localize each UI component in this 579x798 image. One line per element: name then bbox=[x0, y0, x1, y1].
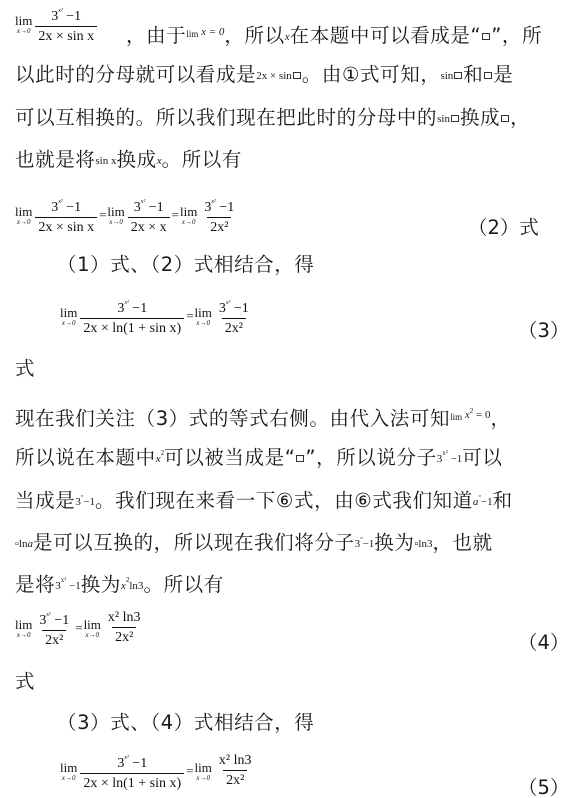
text-line-13: （3）式、（4）式相结合，得 bbox=[57, 711, 314, 735]
equation-tag-3: （3） bbox=[518, 315, 569, 343]
limit-operator: lim x→0 bbox=[15, 14, 32, 35]
placeholder-box bbox=[482, 33, 490, 40]
text-line-3: 可以互相换的。所以我们现在把此时的分母中的sin换成， bbox=[15, 106, 530, 131]
text-line-7: 现在我们关注（3）式的等式右侧。由代入法可知lim x2 = 0， bbox=[15, 399, 511, 432]
text-line-6: 式 bbox=[15, 357, 35, 381]
equation-tag-2: （2）式 bbox=[468, 212, 539, 240]
text-line-8: 所以说在本题中x2可以被当成是“”，所以说分子3x² −1可以 bbox=[15, 441, 503, 471]
equation-tag-5: （5） bbox=[518, 772, 569, 798]
equation-1-lead: lim x→0 3x² −1 2x × sin x bbox=[15, 3, 98, 45]
text-line-11: 是将3x² −1换为x2ln3。所以有 bbox=[15, 568, 224, 598]
equation-tag-4: （4） bbox=[518, 627, 569, 655]
placeholder-box bbox=[296, 455, 304, 462]
equation-2: limx→0 3x² −1 2x × sin x = limx→0 3x² −1… bbox=[15, 194, 239, 236]
equation-4: limx→0 3x² −1 2x² = limx→0 x² ln3 2x² bbox=[15, 607, 146, 649]
text-line-9: 当成是3▫−1。我们现在来看一下⑥式，由⑥式我们知道a▫−1和 bbox=[15, 484, 513, 514]
text-line-2: 以此时的分母就可以看成是2x × sin。由①式可知，sin和是 bbox=[15, 63, 514, 88]
placeholder-box bbox=[454, 72, 462, 79]
equation-3: limx→0 3x² −1 2x × ln(1 + sin x) = limx→… bbox=[60, 295, 254, 337]
text-line-10: ▫lna是可以互换的，所以现在我们将分子3▫−1换为▫ln3，也就 bbox=[15, 526, 493, 556]
inline-limit: lim x = 0 bbox=[186, 31, 224, 43]
text-line-5: （1）式、（2）式相结合，得 bbox=[57, 253, 314, 277]
text-line-4: 也就是将sin x换成x。所以有 bbox=[15, 148, 242, 173]
inline-limit: lim x2 = 0 bbox=[450, 414, 490, 426]
placeholder-box bbox=[293, 72, 301, 79]
placeholder-box bbox=[451, 115, 459, 122]
text-line-12: 式 bbox=[15, 670, 35, 694]
text-line-1: ，由于lim x = 0，所以x在本题中可以看成是“”，所 bbox=[126, 20, 542, 49]
fraction: 3x² −1 2x × sin x bbox=[35, 3, 97, 45]
equation-5: limx→0 3x² −1 2x × ln(1 + sin x) = limx→… bbox=[60, 750, 256, 792]
placeholder-box bbox=[484, 72, 492, 79]
placeholder-box bbox=[501, 115, 509, 122]
